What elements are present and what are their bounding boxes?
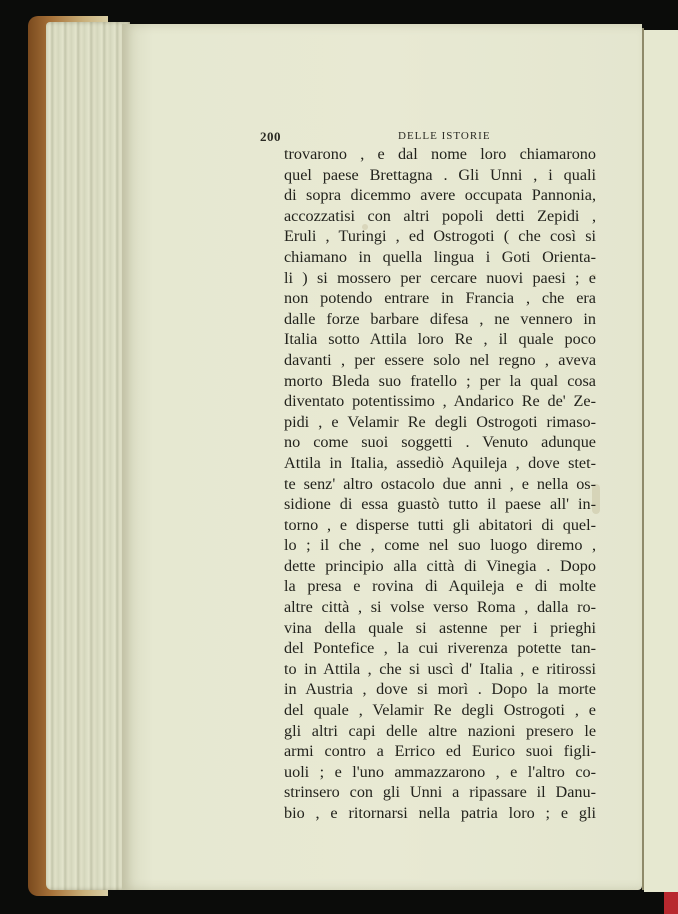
text-line: Attila in Italia, assediò Aquileja , dov… bbox=[284, 453, 596, 474]
page-number: 200 bbox=[260, 129, 281, 145]
text-line: bio , e ritornarsi nella patria loro ; e… bbox=[284, 803, 596, 824]
text-line: vina della quale si astenne per i priegh… bbox=[284, 618, 596, 639]
text-line: dalle forze barbare difesa , ne vennero … bbox=[284, 309, 596, 330]
text-line: di sopra dicemmo avere occupata Pannonia… bbox=[284, 185, 596, 206]
text-line: no come suoi soggetti . Venuto adunque bbox=[284, 432, 596, 453]
text-line: diventato potentissimo , Andarico Re de'… bbox=[284, 391, 596, 412]
text-line: quel paese Brettagna . Gli Unni , i qual… bbox=[284, 165, 596, 186]
text-line: gli altri capi delle altre nazioni prese… bbox=[284, 721, 596, 742]
text-line: chiamano in quella lingua i Goti Orienta… bbox=[284, 247, 596, 268]
text-line: sidione di essa guastò tutto il paese al… bbox=[284, 494, 596, 515]
text-line: li ) si mossero per cercare nuovi paesi … bbox=[284, 268, 596, 289]
text-line: torno , e disperse tutti gli abitatori d… bbox=[284, 515, 596, 536]
text-line: morto Bleda suo fratello ; per la qual c… bbox=[284, 371, 596, 392]
text-line: accozzatisi con altri popoli detti Zepid… bbox=[284, 206, 596, 227]
facing-page-edge bbox=[644, 30, 678, 892]
text-line: lo ; il che , come nel suo luogo diremo … bbox=[284, 535, 596, 556]
text-line: Eruli , Turingi , ed Ostrogoti ( che cos… bbox=[284, 226, 596, 247]
page-stack-edges bbox=[46, 22, 130, 890]
text-line: uoli ; e l'uno ammazzarono , e l'altro c… bbox=[284, 762, 596, 783]
text-line: del quale , Velamir Re degli Ostrogoti ,… bbox=[284, 700, 596, 721]
text-line: la presa e rovina di Aquileja e di molte bbox=[284, 576, 596, 597]
red-bookmark-ribbon bbox=[664, 892, 678, 914]
text-line: del Pontefice , la cui riverenza potette… bbox=[284, 638, 596, 659]
text-line: armi contro a Errico ed Eurico suoi figl… bbox=[284, 741, 596, 762]
text-line: te senz' altro ostacolo due anni , e nel… bbox=[284, 474, 596, 495]
text-line: altre città , si volse verso Roma , dall… bbox=[284, 597, 596, 618]
text-line: to in Attila , che si uscì d' Italia , e… bbox=[284, 659, 596, 680]
text-line: non potendo entrare in Francia , che era bbox=[284, 288, 596, 309]
text-line: trovarono , e dal nome loro chiamarono bbox=[284, 144, 596, 165]
text-line: dette principio alla città di Vinegia . … bbox=[284, 556, 596, 577]
text-line: Italia sotto Attila loro Re , il quale p… bbox=[284, 329, 596, 350]
running-head: DELLE ISTORIE bbox=[398, 130, 491, 142]
text-line: strinsero con gli Unni a ripassare il Da… bbox=[284, 782, 596, 803]
text-line: pidi , e Velamir Re degli Ostrogoti rima… bbox=[284, 412, 596, 433]
body-text: trovarono , e dal nome loro chiamarono q… bbox=[284, 144, 596, 824]
text-line: davanti , per essere solo nel regno , av… bbox=[284, 350, 596, 371]
text-line: in Austria , dove si morì . Dopo la mort… bbox=[284, 679, 596, 700]
